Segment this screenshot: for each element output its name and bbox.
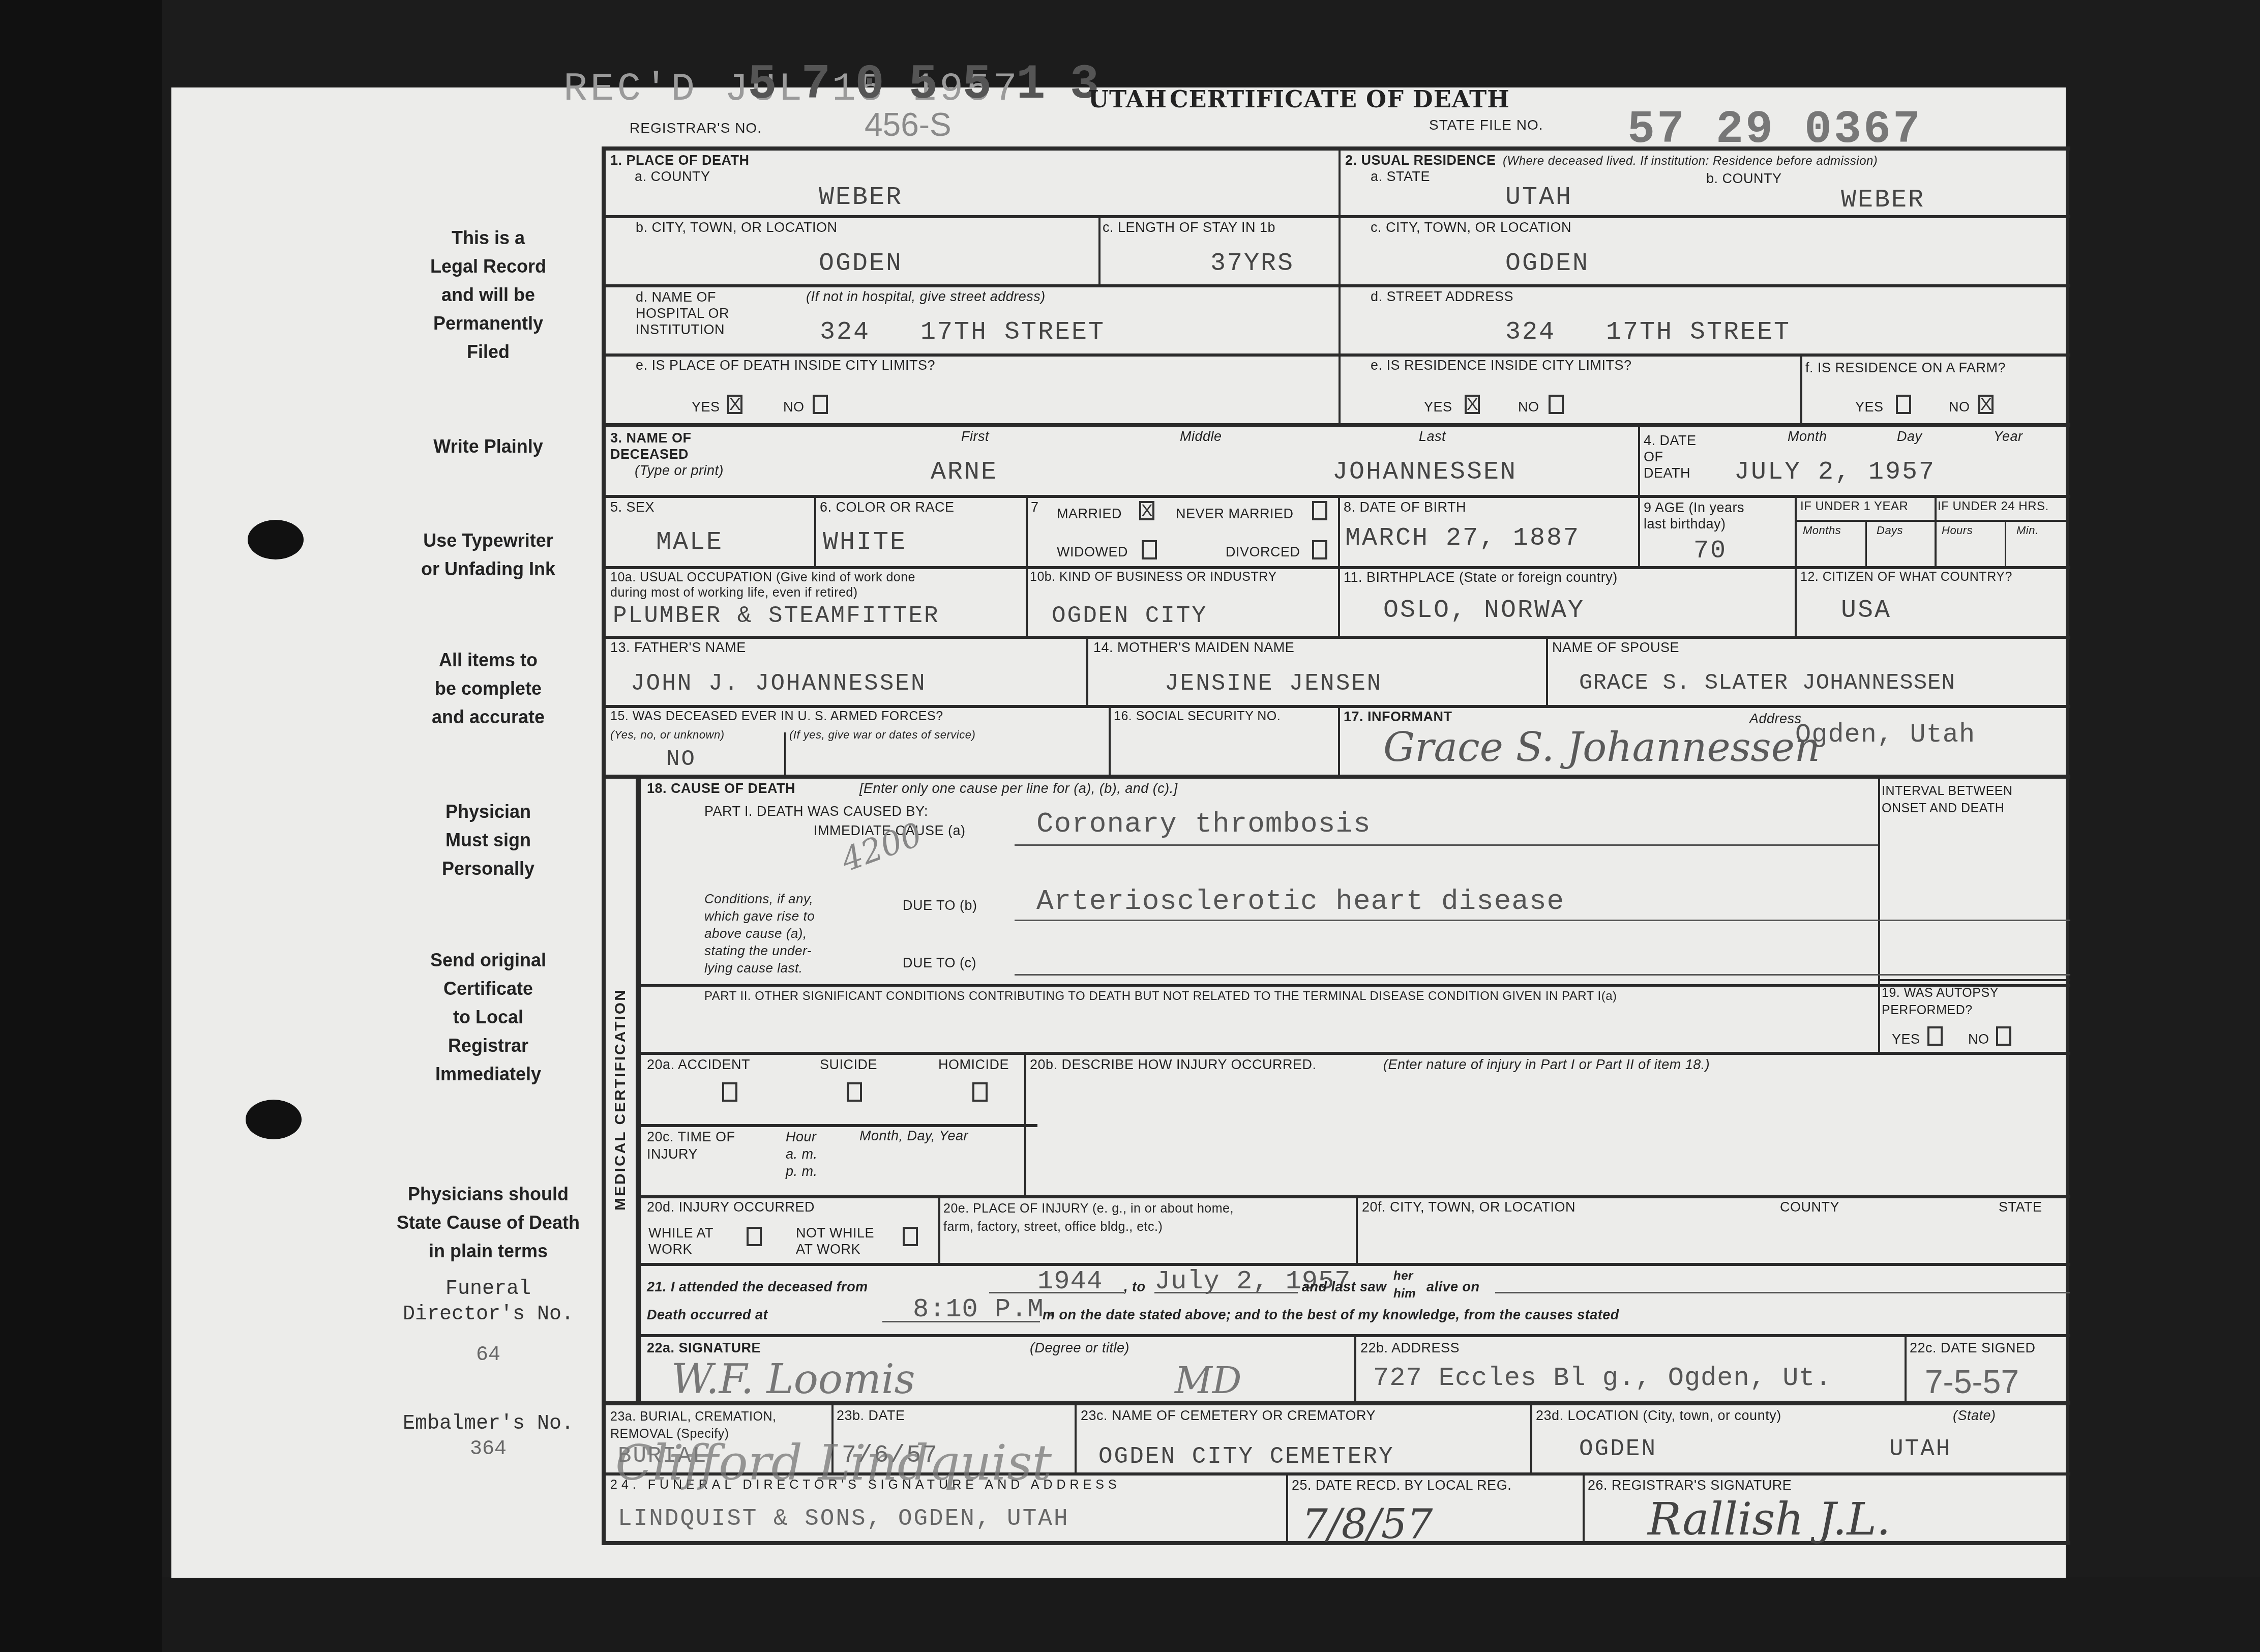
married-label: MARRIED bbox=[1057, 506, 1122, 522]
yes-label: YES bbox=[1424, 399, 1452, 415]
burial-location-label: 23d. LOCATION (City, town, or county) bbox=[1536, 1408, 1781, 1424]
residence-street-field[interactable]: 324 17TH STREET bbox=[1505, 318, 1791, 347]
date-of-death-field[interactable]: JULY 2, 1957 bbox=[1734, 458, 1936, 487]
form-border-top bbox=[602, 146, 2070, 151]
margin-note-complete: All items to be complete and accurate bbox=[392, 646, 585, 731]
certificate-number: 5705513 bbox=[748, 57, 1123, 112]
day-label: Day bbox=[1897, 429, 1922, 445]
medical-certification-label: MEDICAL CERTIFICATION bbox=[612, 988, 629, 1211]
immediate-cause-field[interactable]: Coronary thrombosis bbox=[1036, 808, 1371, 840]
her-label: her bbox=[1393, 1269, 1413, 1283]
father-name-field[interactable]: JOHN J. JOHANNESSEN bbox=[631, 670, 927, 697]
sex-label: 5. SEX bbox=[610, 499, 655, 515]
yes-label: YES bbox=[692, 399, 720, 415]
accident-checkbox[interactable] bbox=[722, 1082, 737, 1102]
months-label: Months bbox=[1803, 524, 1841, 537]
suicide-checkbox[interactable] bbox=[847, 1082, 862, 1102]
page-title: CERTIFICATE OF DEATH bbox=[1170, 85, 1510, 113]
homicide-label: HOMICIDE bbox=[938, 1057, 1009, 1073]
binder-edge bbox=[0, 0, 162, 1652]
death-county-field[interactable]: WEBER bbox=[819, 183, 903, 212]
date-received-label: 25. DATE RECD. BY LOCAL REG. bbox=[1292, 1478, 1511, 1493]
month-day-year-label: Month, Day, Year bbox=[859, 1128, 968, 1144]
birthplace-label: 11. BIRTHPLACE (State or foreign country… bbox=[1344, 570, 1618, 585]
margin-note-send-original: Send original Certificate to Local Regis… bbox=[392, 946, 585, 1088]
father-name-label: 13. FATHER'S NAME bbox=[610, 640, 746, 656]
degree-label: (Degree or title) bbox=[1030, 1340, 1129, 1356]
due-to-b-field[interactable]: Arteriosclerotic heart disease bbox=[1036, 885, 1564, 918]
informant-label: 17. INFORMANT bbox=[1344, 709, 1452, 725]
binder-hole bbox=[246, 1100, 302, 1139]
date-signed-field[interactable]: 7-5-57 bbox=[1925, 1363, 2019, 1401]
injury-state-label: STATE bbox=[1999, 1199, 2042, 1215]
describe-injury-hint: (Enter nature of injury in Part I or Par… bbox=[1383, 1057, 1710, 1073]
never-married-checkbox[interactable] bbox=[1312, 501, 1327, 520]
occupation-label: 10a. USUAL OCCUPATION (Give kind of work… bbox=[610, 570, 915, 600]
residence-county-field[interactable]: WEBER bbox=[1841, 186, 1925, 215]
no-label: NO bbox=[1518, 399, 1539, 415]
residence-state-field[interactable]: UTAH bbox=[1505, 183, 1572, 212]
physician-address-field[interactable]: 727 Eccles Bl g., Ogden, Ut. bbox=[1373, 1363, 1832, 1393]
yes-label: YES bbox=[1892, 1031, 1920, 1047]
citizen-field[interactable]: USA bbox=[1841, 596, 1891, 625]
burial-state-field[interactable]: UTAH bbox=[1889, 1436, 1951, 1462]
while-at-work-checkbox[interactable] bbox=[747, 1227, 762, 1246]
physician-degree[interactable]: MD bbox=[1175, 1359, 1241, 1402]
first-name-field[interactable]: ARNE bbox=[931, 458, 998, 487]
title-state: UTAH bbox=[1088, 85, 1167, 113]
last-name-label: Last bbox=[1419, 429, 1446, 445]
time-of-injury-label: 20c. TIME OF INJURY bbox=[647, 1128, 735, 1163]
residence-city-field[interactable]: OGDEN bbox=[1505, 249, 1589, 278]
attended-label: 21. I attended the deceased from bbox=[647, 1279, 868, 1295]
margin-note-legal-record: This is a Legal Record and will be Perma… bbox=[392, 224, 585, 366]
homicide-checkbox[interactable] bbox=[972, 1082, 988, 1102]
embalmer-no: 364 bbox=[381, 1437, 595, 1462]
citizen-label: 12. CITIZEN OF WHAT COUNTRY? bbox=[1800, 570, 2012, 584]
injury-county-label: COUNTY bbox=[1780, 1199, 1839, 1215]
registrars-no: 456-S bbox=[865, 106, 951, 143]
no-label: NO bbox=[783, 399, 805, 415]
state-file-no-label: STATE FILE NO. bbox=[1429, 117, 1543, 133]
funeral-director-address-field[interactable]: LINDQUIST & SONS, OGDEN, UTAH bbox=[618, 1506, 1069, 1532]
accident-label: 20a. ACCIDENT bbox=[647, 1057, 750, 1073]
not-while-at-work-checkbox[interactable] bbox=[903, 1227, 918, 1246]
usual-residence-hint: (Where deceased lived. If institution: R… bbox=[1503, 154, 1878, 168]
mother-name-label: 14. MOTHER'S MAIDEN NAME bbox=[1093, 640, 1294, 656]
hospital-hint: (If not in hospital, give street address… bbox=[806, 289, 1046, 305]
age-label: 9 AGE (In years last birthday) bbox=[1644, 499, 1744, 532]
date-signed-label: 22c. DATE SIGNED bbox=[1910, 1340, 2036, 1356]
suicide-label: SUICIDE bbox=[820, 1057, 877, 1073]
autopsy-label: 19. WAS AUTOPSY PERFORMED? bbox=[1882, 984, 1999, 1019]
armed-forces-field[interactable]: NO bbox=[666, 747, 696, 772]
divorced-checkbox[interactable] bbox=[1312, 540, 1327, 559]
informant-address-label: Address bbox=[1749, 711, 1802, 727]
race-field[interactable]: WHITE bbox=[823, 528, 907, 557]
while-at-work-label: WHILE AT WORK bbox=[648, 1225, 713, 1257]
death-time-field[interactable]: 8:10 P.M. bbox=[913, 1294, 1060, 1324]
spouse-name-field[interactable]: GRACE S. SLATER JOHANNESSEN bbox=[1579, 670, 1955, 696]
marital-status-number: 7 bbox=[1031, 499, 1039, 515]
armed-forces-hint-dates: (If yes, give war or dates of service) bbox=[789, 728, 975, 742]
industry-label: 10b. KIND OF BUSINESS OR INDUSTRY bbox=[1030, 570, 1277, 584]
cause-of-death-label: 18. CAUSE OF DEATH bbox=[647, 781, 795, 796]
usual-residence-label: 2. USUAL RESIDENCE bbox=[1345, 153, 1496, 168]
him-label: him bbox=[1393, 1287, 1416, 1301]
not-while-at-work-label: NOT WHILE AT WORK bbox=[796, 1225, 874, 1257]
funeral-director-no: 64 bbox=[381, 1343, 595, 1368]
residence-state-label: a. STATE bbox=[1371, 169, 1430, 185]
farm-no-checkbox[interactable]: X bbox=[1978, 395, 1994, 414]
physician-signature[interactable]: W.F. Loomis bbox=[671, 1355, 915, 1403]
place-of-injury-label: 20e. PLACE OF INJURY (e. g., in or about… bbox=[943, 1199, 1234, 1236]
date-of-birth-field[interactable]: MARCH 27, 1887 bbox=[1345, 524, 1580, 553]
days-label: Days bbox=[1877, 524, 1903, 537]
month-label: Month bbox=[1788, 429, 1827, 445]
part-1-label: PART I. DEATH WAS CAUSED BY: bbox=[704, 804, 928, 819]
death-city-label: b. CITY, TOWN, OR LOCATION bbox=[636, 220, 838, 235]
under-1-year-label: IF UNDER 1 YEAR bbox=[1800, 499, 1908, 514]
no-label: NO bbox=[1968, 1031, 1989, 1047]
funeral-director-signature[interactable]: Clifford Lindquist bbox=[615, 1434, 1052, 1491]
due-to-b-label: DUE TO (b) bbox=[903, 898, 977, 913]
place-of-death-label: 1. PLACE OF DEATH bbox=[610, 153, 750, 168]
due-to-c-label: DUE TO (c) bbox=[903, 955, 976, 971]
married-checkbox[interactable]: X bbox=[1139, 501, 1154, 520]
binder-hole bbox=[248, 520, 304, 559]
hour-label: Hour a. m. p. m. bbox=[786, 1128, 818, 1180]
death-inside-limits-label: e. IS PLACE OF DEATH INSIDE CITY LIMITS? bbox=[636, 358, 935, 373]
race-label: 6. COLOR OR RACE bbox=[820, 499, 955, 515]
hours-label: Hours bbox=[1942, 524, 1973, 537]
hospital-field[interactable]: 324 17TH STREET bbox=[820, 318, 1105, 347]
deceased-name-label: 3. NAME OF DECEASED bbox=[610, 430, 692, 462]
interval-label: INTERVAL BETWEEN ONSET AND DEATH bbox=[1882, 782, 2013, 817]
attestation-statement: m on the date stated above; and to the b… bbox=[1043, 1307, 1619, 1323]
death-inside-yes-checkbox[interactable]: X bbox=[727, 395, 742, 414]
cemetery-field[interactable]: OGDEN CITY CEMETERY bbox=[1098, 1443, 1394, 1470]
registrars-no-label: REGISTRAR'S NO. bbox=[630, 120, 762, 136]
funeral-director-no-label: Funeral Director's No. bbox=[381, 1277, 595, 1327]
age-field[interactable]: 70 bbox=[1693, 537, 1727, 566]
year-label: Year bbox=[1994, 429, 2023, 445]
date-of-birth-label: 8. DATE OF BIRTH bbox=[1344, 499, 1466, 515]
cause-of-death-hint: [Enter only one cause per line for (a), … bbox=[859, 781, 1178, 796]
never-married-label: NEVER MARRIED bbox=[1176, 506, 1294, 522]
embalmer-no-label: Embalmer's No. bbox=[381, 1411, 595, 1437]
residence-county-label: b. COUNTY bbox=[1706, 171, 1782, 187]
scan-background bbox=[162, 1577, 2260, 1652]
widowed-checkbox[interactable] bbox=[1142, 540, 1157, 559]
margin-note-write-plainly: Write Plainly bbox=[392, 432, 585, 461]
residence-city-label: c. CITY, TOWN, OR LOCATION bbox=[1371, 220, 1571, 235]
registrar-signature-label: 26. REGISTRAR'S SIGNATURE bbox=[1588, 1478, 1792, 1493]
under-24-hrs-label: IF UNDER 24 HRS. bbox=[1938, 499, 2049, 514]
first-name-label: First bbox=[961, 429, 989, 445]
informant-signature[interactable]: Grace S. Johannessen bbox=[1383, 725, 1820, 771]
mother-name-field[interactable]: JENSINE JENSEN bbox=[1165, 670, 1382, 697]
yes-label: YES bbox=[1855, 399, 1884, 415]
deceased-name-hint: (Type or print) bbox=[635, 463, 724, 479]
residence-street-label: d. STREET ADDRESS bbox=[1371, 289, 1513, 305]
registrar-signature[interactable]: Rallish J.L. bbox=[1648, 1493, 1891, 1545]
injury-occurred-label: 20d. INJURY OCCURRED bbox=[647, 1199, 815, 1215]
burial-state-label: (State) bbox=[1953, 1408, 1996, 1424]
informant-address-field[interactable]: Ogden, Utah bbox=[1795, 720, 1975, 750]
death-occurred-label: Death occurred at bbox=[647, 1307, 768, 1323]
margin-note-cause-plain: Physicians should State Cause of Death i… bbox=[376, 1180, 600, 1265]
residence-inside-no-checkbox[interactable] bbox=[1549, 395, 1564, 414]
burial-city-field[interactable]: OGDEN bbox=[1579, 1436, 1657, 1462]
injury-city-label: 20f. CITY, TOWN, OR LOCATION bbox=[1362, 1199, 1575, 1215]
autopsy-yes-checkbox[interactable] bbox=[1927, 1026, 1943, 1046]
death-county-label: a. COUNTY bbox=[635, 169, 710, 185]
ssn-label: 16. SOCIAL SECURITY NO. bbox=[1114, 709, 1281, 724]
cemetery-label: 23c. NAME OF CEMETERY OR CREMATORY bbox=[1081, 1408, 1376, 1424]
armed-forces-hint-yes-no: (Yes, no, or unknown) bbox=[610, 728, 725, 742]
part-2-label: PART II. OTHER SIGNIFICANT CONDITIONS CO… bbox=[704, 989, 1617, 1004]
middle-name-label: Middle bbox=[1180, 429, 1222, 445]
residence-farm-label: f. IS RESIDENCE ON A FARM? bbox=[1805, 360, 2006, 376]
birthplace-field[interactable]: OSLO, NORWAY bbox=[1383, 596, 1585, 625]
no-label: NO bbox=[1949, 399, 1970, 415]
alive-on-label: alive on bbox=[1426, 1279, 1480, 1295]
sex-field[interactable]: MALE bbox=[656, 528, 723, 557]
min-label: Min. bbox=[2016, 524, 2039, 537]
margin-note-typewriter: Use Typewriter or Unfading Ink bbox=[392, 526, 585, 583]
to-label: , to bbox=[1124, 1279, 1146, 1295]
widowed-label: WIDOWED bbox=[1057, 544, 1128, 560]
conditions-label: Conditions, if any, which gave rise to a… bbox=[704, 890, 815, 977]
residence-inside-limits-label: e. IS RESIDENCE INSIDE CITY LIMITS? bbox=[1371, 358, 1632, 373]
divorced-label: DIVORCED bbox=[1226, 544, 1300, 560]
physician-signature-label: 22a. SIGNATURE bbox=[647, 1340, 761, 1356]
physician-address-label: 22b. ADDRESS bbox=[1360, 1340, 1460, 1356]
length-of-stay-field[interactable]: 37YRS bbox=[1210, 249, 1294, 278]
margin-note-physician-sign: Physician Must sign Personally bbox=[392, 798, 585, 883]
death-city-field[interactable]: OGDEN bbox=[819, 249, 903, 278]
disposition-date-label: 23b. DATE bbox=[837, 1408, 905, 1424]
describe-injury-label: 20b. DESCRIBE HOW INJURY OCCURRED. bbox=[1030, 1057, 1317, 1073]
length-of-stay-label: c. LENGTH OF STAY IN 1b bbox=[1103, 220, 1275, 235]
farm-yes-checkbox[interactable] bbox=[1896, 395, 1911, 414]
hospital-label: d. NAME OF HOSPITAL OR INSTITUTION bbox=[636, 289, 729, 338]
last-name-field[interactable]: JOHANNESSEN bbox=[1332, 458, 1517, 487]
last-saw-label: and last saw bbox=[1302, 1279, 1387, 1295]
death-inside-no-checkbox[interactable] bbox=[813, 395, 828, 414]
date-of-death-label: 4. DATE OF DEATH bbox=[1644, 432, 1697, 481]
residence-inside-yes-checkbox[interactable]: X bbox=[1465, 395, 1480, 414]
autopsy-no-checkbox[interactable] bbox=[1996, 1026, 2011, 1046]
spouse-name-label: NAME OF SPOUSE bbox=[1552, 640, 1679, 656]
armed-forces-label: 15. WAS DECEASED EVER IN U. S. ARMED FOR… bbox=[610, 709, 943, 724]
date-received-field[interactable]: 7/8/57 bbox=[1302, 1500, 1433, 1548]
industry-field[interactable]: OGDEN CITY bbox=[1052, 603, 1207, 629]
occupation-field[interactable]: PLUMBER & STEAMFITTER bbox=[613, 603, 940, 629]
